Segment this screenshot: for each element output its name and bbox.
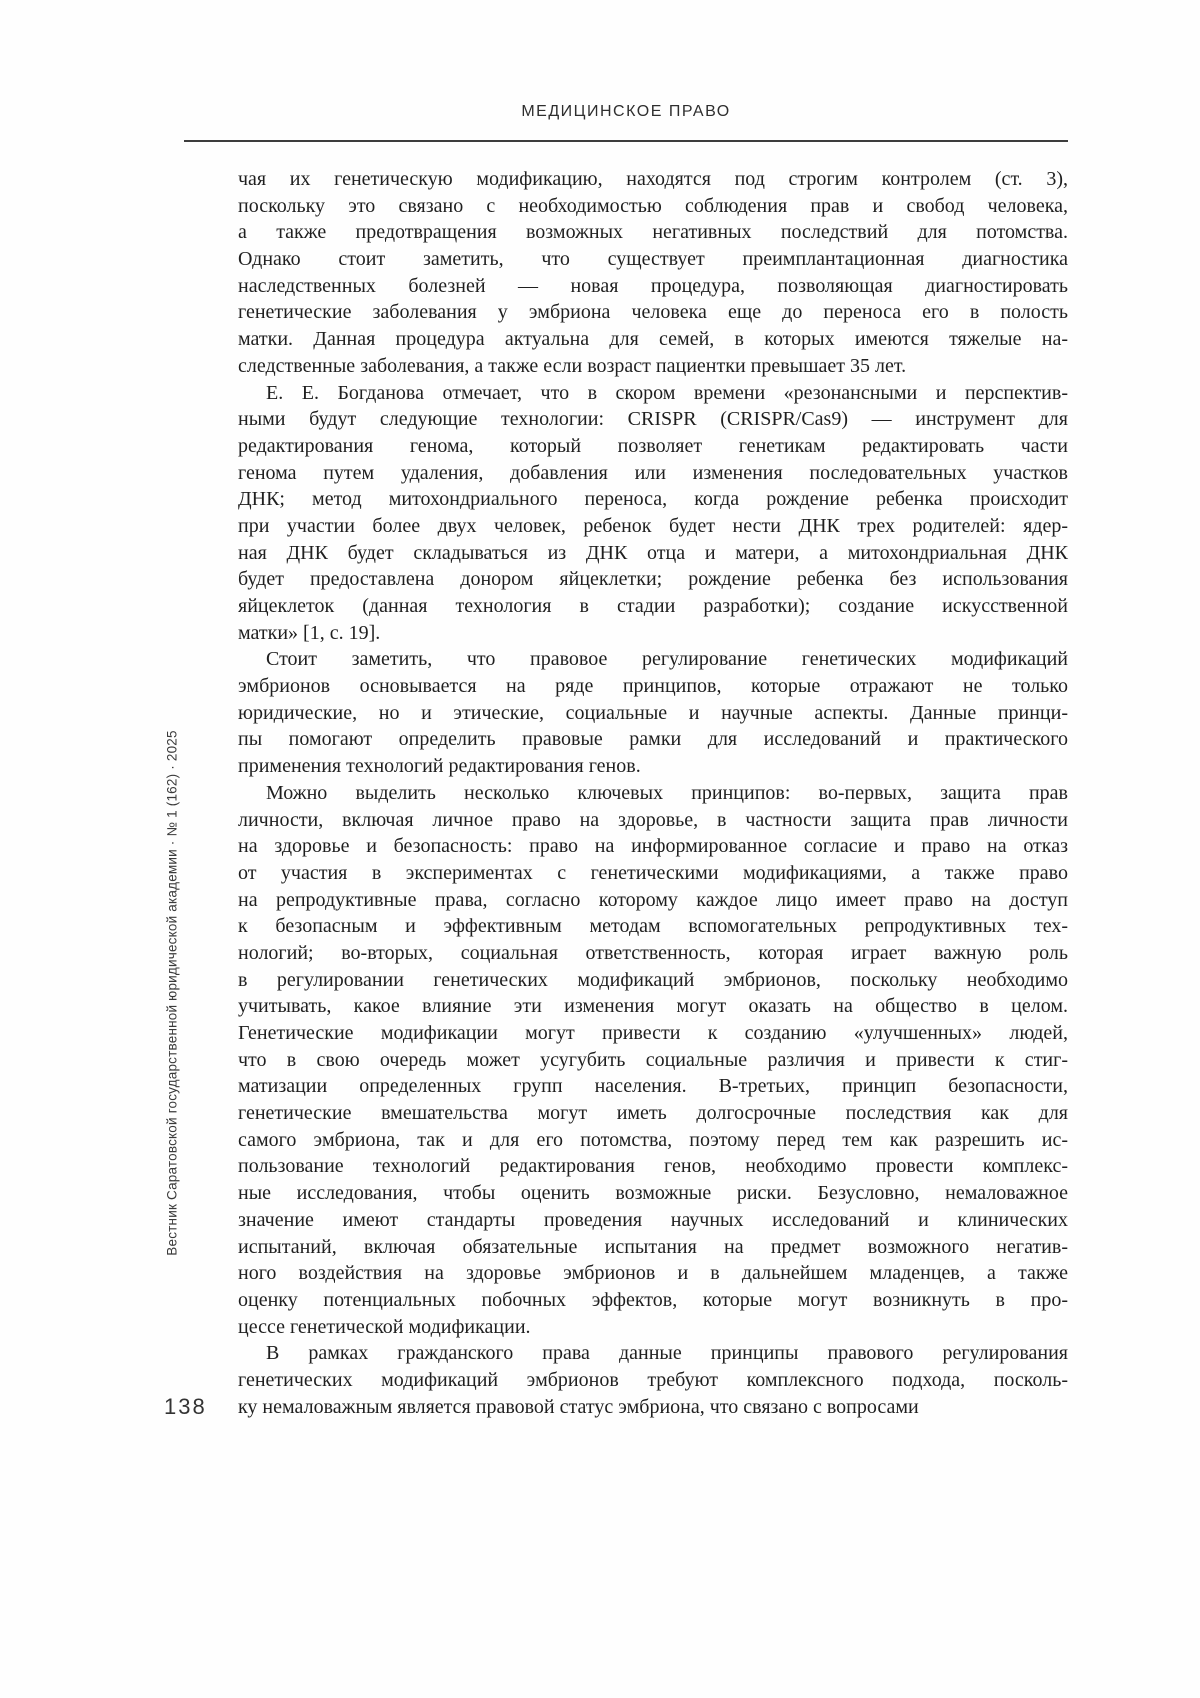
- text-line: В рамках гражданского права данные принц…: [238, 1340, 1068, 1367]
- article-body: чая их генетическую модификацию, находят…: [238, 166, 1068, 1420]
- text-line: следственные заболевания, а также если в…: [238, 353, 1068, 380]
- text-line: испытаний, включая обязательные испытани…: [238, 1234, 1068, 1261]
- journal-imprint-vertical: Вестник Саратовской государственной юрид…: [165, 730, 180, 1255]
- text-line: поскольку это связано с необходимостью с…: [238, 193, 1068, 220]
- text-line: самого эмбриона, так и для его потомства…: [238, 1127, 1068, 1154]
- text-line: значение имеют стандарты проведения науч…: [238, 1207, 1068, 1234]
- text-line: юридические, но и этические, социальные …: [238, 700, 1068, 727]
- text-line: матки. Данная процедура актуальна для се…: [238, 326, 1068, 353]
- text-line: яйцеклеток (данная технология в стадии р…: [238, 593, 1068, 620]
- text-line: генетические вмешательства могут иметь д…: [238, 1100, 1068, 1127]
- text-line: что в свою очередь может усугубить социа…: [238, 1047, 1068, 1074]
- text-line: Однако стоит заметить, что существует пр…: [238, 246, 1068, 273]
- text-line: личности, включая личное право на здоров…: [238, 807, 1068, 834]
- text-line: на здоровье и безопасность: право на инф…: [238, 833, 1068, 860]
- paragraph: чая их генетическую модификацию, находят…: [238, 166, 1068, 380]
- text-line: ДНК; метод митохондриального переноса, к…: [238, 486, 1068, 513]
- text-line: при участии более двух человек, ребенок …: [238, 513, 1068, 540]
- text-line: будет предоставлена донором яйцеклетки; …: [238, 566, 1068, 593]
- paragraph: Е. Е. Богданова отмечает, что в скором в…: [238, 380, 1068, 647]
- paragraph: Можно выделить несколько ключевых принци…: [238, 780, 1068, 1340]
- text-line: ная ДНК будет складываться из ДНК отца и…: [238, 540, 1068, 567]
- text-line: матизации определенных групп населения. …: [238, 1073, 1068, 1100]
- text-line: пы помогают определить правовые рамки дл…: [238, 726, 1068, 753]
- running-header: МЕДИЦИНСКОЕ ПРАВО: [184, 103, 1068, 121]
- text-line: цессе генетической модификации.: [238, 1314, 1068, 1341]
- text-line: оценку потенциальных побочных эффектов, …: [238, 1287, 1068, 1314]
- text-line: Генетические модификации могут привести …: [238, 1020, 1068, 1047]
- text-line: нологий; во-вторых, социальная ответстве…: [238, 940, 1068, 967]
- text-line: генетических модификаций эмбрионов требу…: [238, 1367, 1068, 1394]
- text-line: применения технологий редактирования ген…: [238, 753, 1068, 780]
- text-line: ного воздействия на здоровье эмбрионов и…: [238, 1260, 1068, 1287]
- text-line: ными будут следующие технологии: CRISPR …: [238, 406, 1068, 433]
- page-number: 138: [164, 1394, 207, 1420]
- text-line: редактирования генома, который позволяет…: [238, 433, 1068, 460]
- text-line: от участия в экспериментах с генетически…: [238, 860, 1068, 887]
- text-line: а также предотвращения возможных негатив…: [238, 219, 1068, 246]
- text-line: Е. Е. Богданова отмечает, что в скором в…: [238, 380, 1068, 407]
- text-line: к безопасным и эффективным методам вспом…: [238, 913, 1068, 940]
- text-line: наследственных болезней — новая процедур…: [238, 273, 1068, 300]
- text-line: Стоит заметить, что правовое регулирован…: [238, 646, 1068, 673]
- text-line: в регулировании генетических модификаций…: [238, 967, 1068, 994]
- text-line: генетические заболевания у эмбриона чело…: [238, 299, 1068, 326]
- text-line: учитывать, какое влияние эти изменения м…: [238, 993, 1068, 1020]
- text-line: эмбрионов основывается на ряде принципов…: [238, 673, 1068, 700]
- text-line: матки» [1, с. 19].: [238, 620, 1068, 647]
- text-line: чая их генетическую модификацию, находят…: [238, 166, 1068, 193]
- text-line: пользование технологий редактирования ге…: [238, 1153, 1068, 1180]
- text-line: на репродуктивные права, согласно которо…: [238, 887, 1068, 914]
- journal-page: МЕДИЦИНСКОЕ ПРАВО чая их генетическую мо…: [0, 0, 1200, 1698]
- header-rule: [184, 140, 1068, 142]
- text-line: ные исследования, чтобы оценить возможны…: [238, 1180, 1068, 1207]
- paragraph: В рамках гражданского права данные принц…: [238, 1340, 1068, 1420]
- text-line: ку немаловажным является правовой статус…: [238, 1394, 1068, 1421]
- paragraph: Стоит заметить, что правовое регулирован…: [238, 646, 1068, 779]
- text-line: генома путем удаления, добавления или из…: [238, 460, 1068, 487]
- text-line: Можно выделить несколько ключевых принци…: [238, 780, 1068, 807]
